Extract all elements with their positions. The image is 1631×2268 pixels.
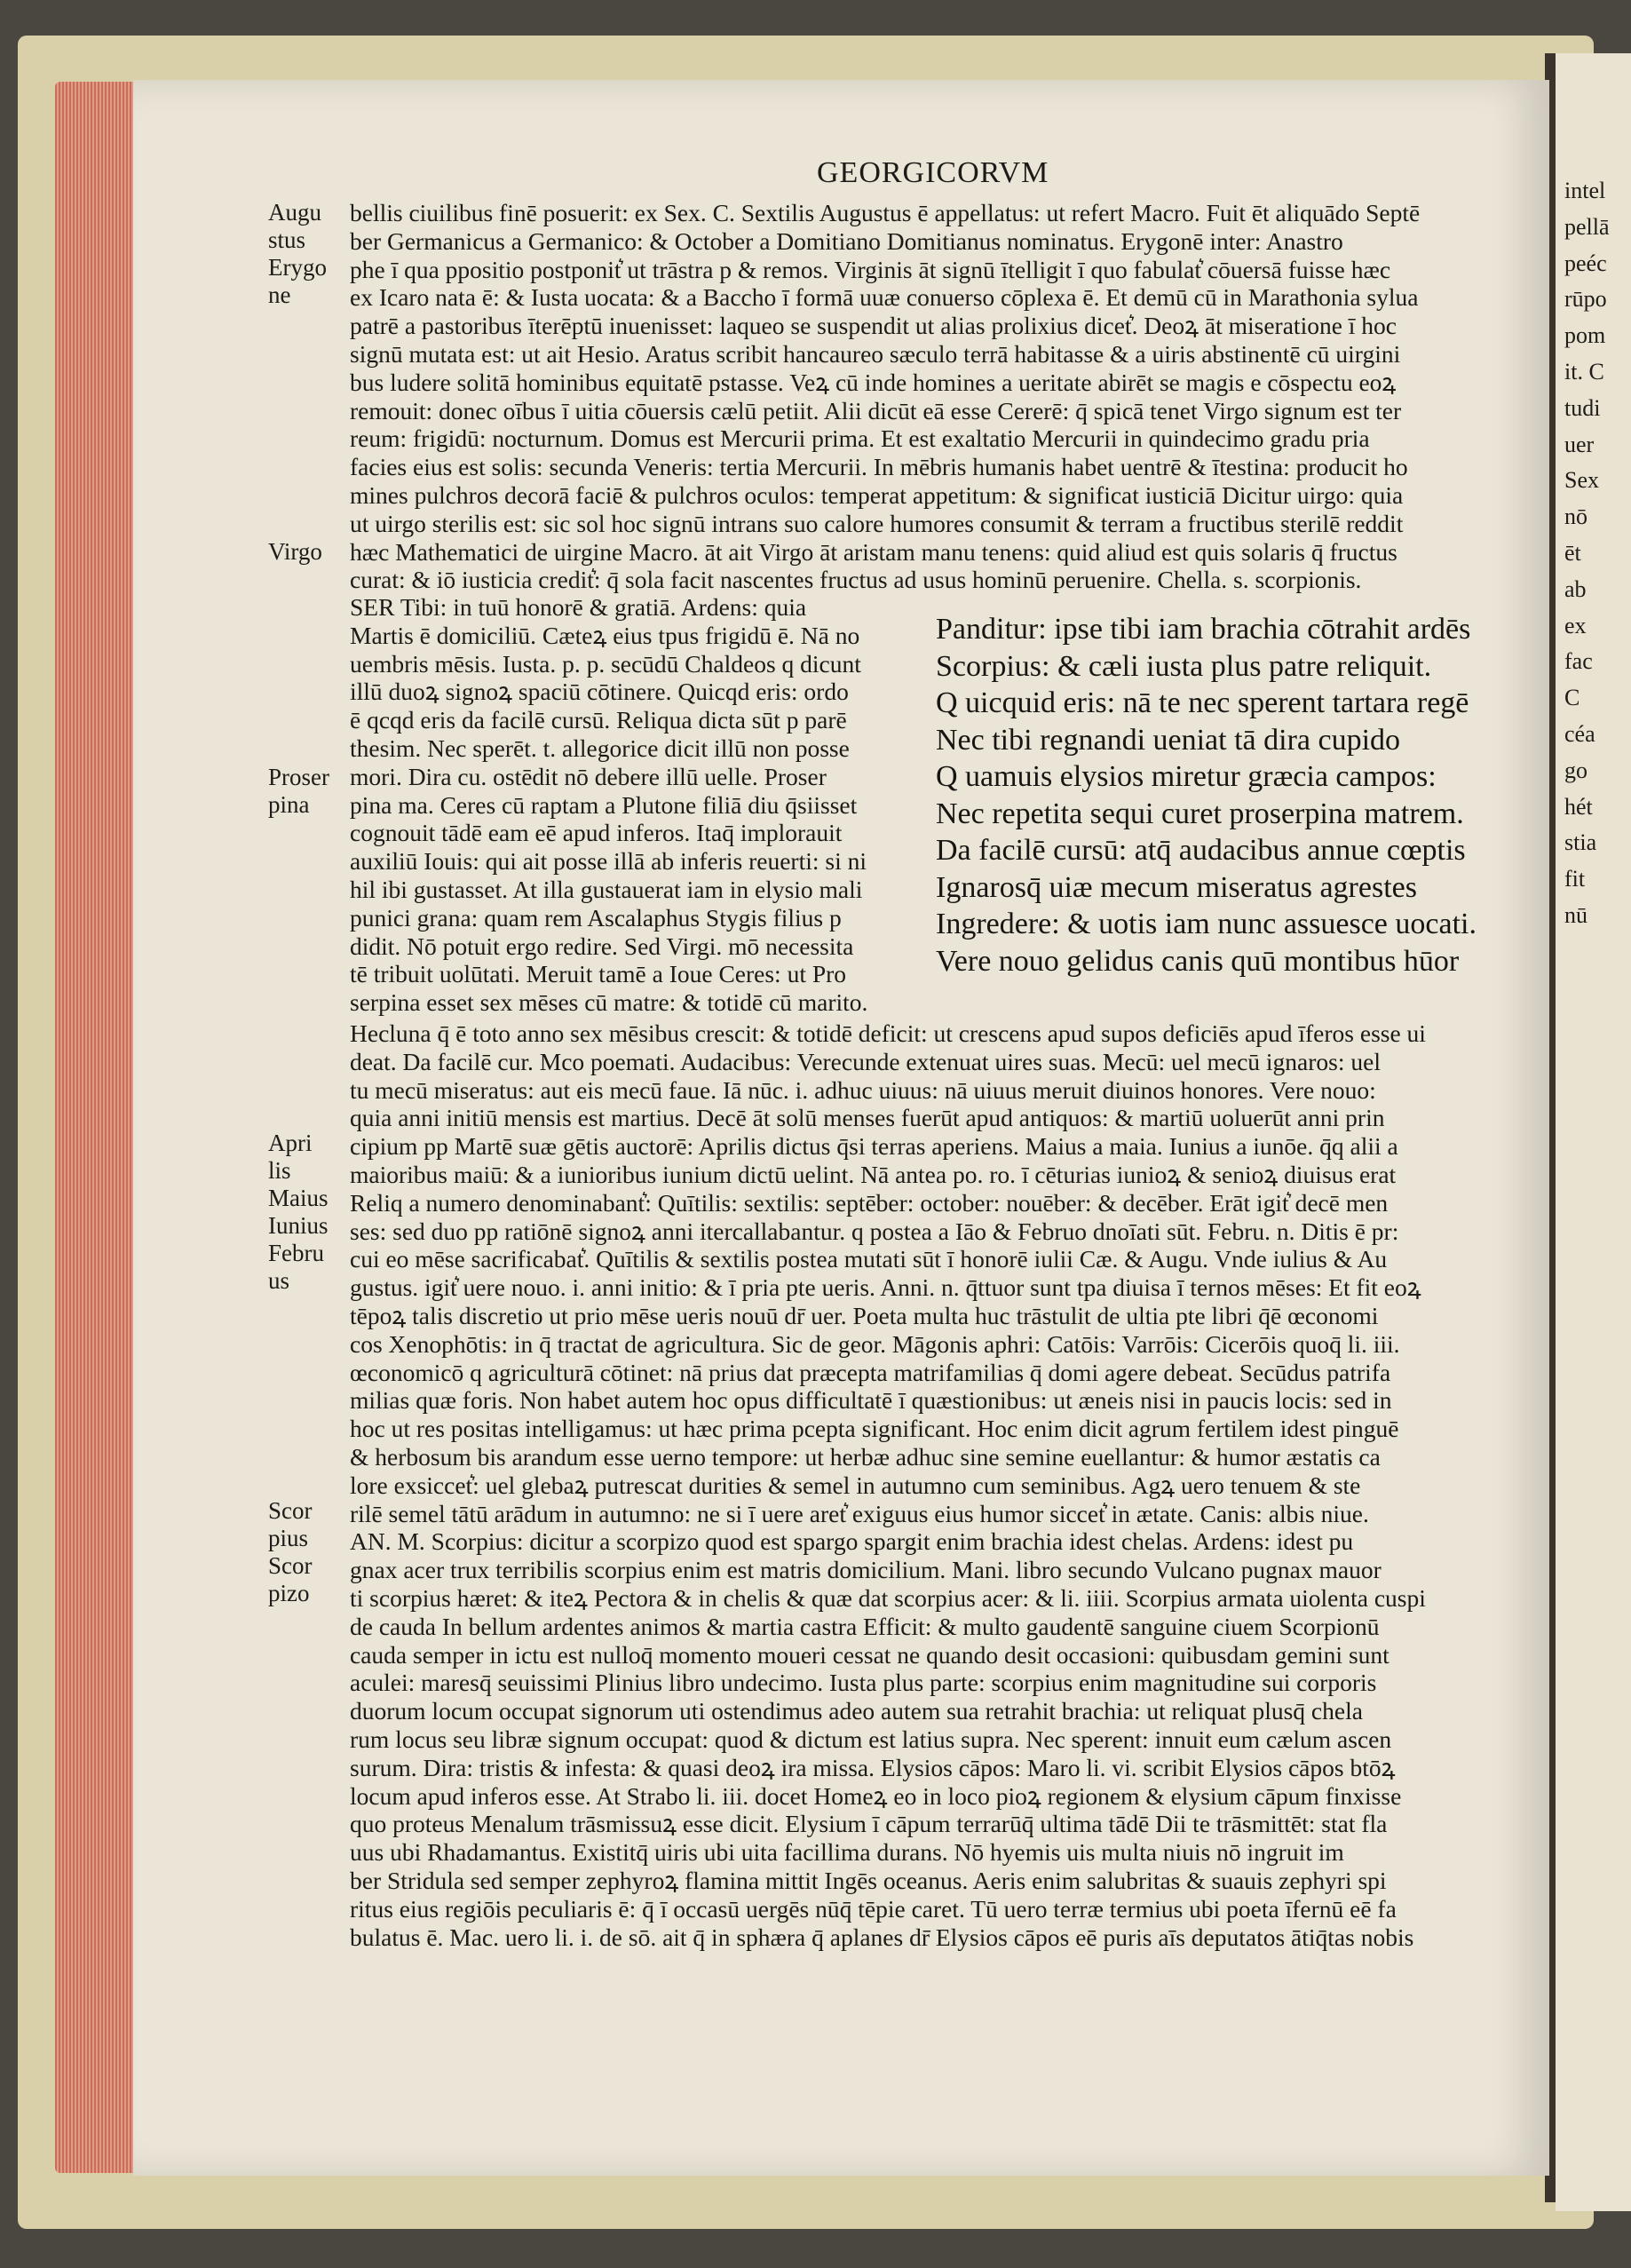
text-line: duorum locum occupat signorum uti ostend…	[350, 1697, 1504, 1725]
margin-note: Virgo	[268, 538, 322, 566]
verse-column: Panditur: ipse tibi iam brachia cōtrahit…	[936, 611, 1513, 979]
text-line: bus ludere solitā hominibus equitatē pst…	[350, 369, 1504, 397]
facing-page-text: fac	[1556, 644, 1631, 680]
text-line: phe ī qua ppositio postponit͛ ut trāstra…	[350, 256, 1504, 284]
verse-line: Da facilē cursū: atq̄ audacibus annue cœ…	[936, 832, 1513, 869]
text-line: punici grana: quam rem Ascalaphus Stygis…	[350, 904, 918, 932]
text-line: rilē semel tātū arādum in autumno: ne si…	[350, 1500, 1504, 1528]
text-line: didit. Nō potuit ergo redire. Sed Virgi.…	[350, 932, 918, 961]
text-line: ti scorpius hæret: & iteꝝ Pectora & in c…	[350, 1584, 1504, 1613]
text-line: ex Icaro nata ē: & Iusta uocata: & a Bac…	[350, 283, 1504, 312]
text-line: curat: & iō iusticia credit͛: q̄ sola fa…	[350, 566, 1504, 594]
verse-line: Q uamuis elysios miretur græcia campos:	[936, 758, 1513, 796]
margin-note: Scor pius Scor pizo	[268, 1497, 313, 1607]
verse-line: Ignarosq̄ uiæ mecum miseratus agrestes	[936, 869, 1513, 907]
text-line: tēpoꝝ talis discretio ut prio mēse ueris…	[350, 1302, 1504, 1330]
commentary-bottom: Hecluna q̄ ē toto anno sex mēsibus cresc…	[350, 1019, 1504, 1951]
facing-page-text: it. C	[1556, 354, 1631, 391]
facing-page-text: stia	[1556, 825, 1631, 861]
text-line: de cauda In bellum ardentes animos & mar…	[350, 1613, 1504, 1641]
facing-page-text: peéc	[1556, 246, 1631, 282]
text-line: cui eo mēse sacrificabat͛. Quītilis & se…	[350, 1245, 1504, 1273]
text-line: thesim. Nec sperēt. t. allegorice dicit …	[350, 734, 918, 763]
text-line: remouit: donec oībus ī uitia cōuersis cæ…	[350, 397, 1504, 425]
text-line: cognouit tādē eam eē apud inferos. Itaq̄…	[350, 819, 918, 847]
text-line: hoc ut res positas intelligamus: ut hæc …	[350, 1415, 1504, 1443]
text-line: tu mecū miseratus: aut eis mecū faue. Iā…	[350, 1076, 1504, 1105]
red-page-edges	[55, 82, 142, 2173]
margin-note: Proser pina	[268, 764, 329, 819]
text-line: cos Xenophōtis: in q̄ tractat de agricul…	[350, 1330, 1504, 1359]
facing-page-text: go	[1556, 753, 1631, 789]
text-line: pina ma. Ceres cū raptam a Plutone filiā…	[350, 791, 918, 820]
text-line: serpina esset sex mēses cū matre: & toti…	[350, 988, 918, 1017]
text-line: Martis ē domiciliū. Cæteꝝ eius tpus frig…	[350, 622, 918, 650]
text-line: hæc Mathematici de uirgine Macro. āt ait…	[350, 538, 1504, 567]
text-line: & herbosum bis arandum esse uerno tempor…	[350, 1443, 1504, 1471]
text-line: gnax acer trux terribilis scorpius enim …	[350, 1556, 1504, 1584]
facing-page-text: ab	[1556, 572, 1631, 608]
text-line: aculei: maresq̄ seuissimi Plinius libro …	[350, 1669, 1504, 1697]
text-line: ber Germanicus a Germanico: & October a …	[350, 227, 1504, 256]
text-line: ē qcqd eris da facilē cursū. Reliqua dic…	[350, 706, 918, 734]
text-line: bellis ciuilibus finē posuerit: ex Sex. …	[350, 199, 1504, 227]
facing-page-text: pom	[1556, 318, 1631, 354]
facing-page-text: nū	[1556, 898, 1631, 934]
facing-page-text: pellā	[1556, 210, 1631, 246]
facing-page-text: C	[1556, 680, 1631, 717]
text-line: cauda semper in ictu est nulloq̄ momento…	[350, 1641, 1504, 1669]
text-line: lore exsiccet͛: uel glebaꝝ putrescat dur…	[350, 1471, 1504, 1500]
text-line: AN. M. Scorpius: dicitur a scorpizo quod…	[350, 1527, 1504, 1556]
text-line: mori. Dira cu. ostēdit nō debere illū ue…	[350, 763, 918, 791]
text-line: uus ubi Rhadamantus. Existitq̄ uiris ubi…	[350, 1838, 1504, 1867]
text-line: locum apud inferos esse. At Strabo li. i…	[350, 1782, 1504, 1811]
text-line: milias quæ foris. Non habet autem hoc op…	[350, 1386, 1504, 1415]
text-line: quo proteus Menalum trāsmissuꝝ esse dici…	[350, 1810, 1504, 1838]
text-line: deat. Da facilē cur. Mco poemati. Audaci…	[350, 1048, 1504, 1076]
facing-page-text: tudi	[1556, 391, 1631, 427]
margin-note: Apri lis Maius Iunius Febru us	[268, 1130, 329, 1295]
text-line: hil ibi gustasset. At illa gustauerat ia…	[350, 876, 918, 904]
text-line: tē tribuit uolūtati. Meruit tamē a Ioue …	[350, 960, 918, 988]
text-line: quia anni initiū mensis est martius. Dec…	[350, 1104, 1504, 1132]
text-line: auxiliū Iouis: qui ait posse illā ab inf…	[350, 847, 918, 876]
facing-page-text: hét	[1556, 789, 1631, 826]
text-line: patrē a pastoribus īterēptū inuenisset: …	[350, 312, 1504, 340]
verse-line: Nec tibi regnandi ueniat tā dira cupido	[936, 722, 1513, 759]
text-line: gustus. igit͛ uere nouo. i. anni initio:…	[350, 1273, 1504, 1302]
facing-page-text: nō	[1556, 499, 1631, 535]
text-line: SER Tibi: in tuū honorē & gratiā. Ardens…	[350, 593, 918, 622]
verse-line: Ingredere: & uotis iam nunc assuesce uoc…	[936, 906, 1513, 943]
facing-page-text: Sex	[1556, 463, 1631, 499]
text-line: bulatus ē. Mac. uero li. i. de sō. ait q…	[350, 1923, 1504, 1952]
text-line: maioribus maiū: & a iunioribus iunium di…	[350, 1161, 1504, 1189]
verse-line: Scorpius: & cæli iusta plus patre reliqu…	[936, 648, 1513, 686]
text-line: cipium pp Martē suæ gētis auctorē: April…	[350, 1132, 1504, 1161]
facing-page-text: rūpo	[1556, 282, 1631, 318]
verse-line: Q uicquid eris: nā te nec sperent tartar…	[936, 685, 1513, 722]
text-line: surum. Dira: tristis & infesta: & quasi …	[350, 1754, 1504, 1782]
text-line: signū mutata est: ut ait Hesio. Aratus s…	[350, 340, 1504, 369]
facing-page-text: intel	[1556, 173, 1631, 210]
running-header: GEORGICORVM	[817, 156, 1049, 190]
text-line: Reliq a numero denominabant͛: Quītilis: …	[350, 1189, 1504, 1217]
facing-page-text: uer	[1556, 427, 1631, 464]
text-line: ritus eius regiōis peculiaris ē: q̄ ī oc…	[350, 1895, 1504, 1923]
text-line: facies eius est solis: secunda Veneris: …	[350, 453, 1504, 481]
text-line: uembris mēsis. Iusta. p. p. secūdū Chald…	[350, 650, 918, 678]
facing-page-text: céa	[1556, 717, 1631, 753]
text-line: rum locus seu libræ signum occupat: quod…	[350, 1725, 1504, 1754]
margin-note: Augu stus Erygo ne	[268, 199, 327, 309]
text-line: reum: frigidū: nocturnum. Domus est Merc…	[350, 424, 1504, 453]
book-scan: intelpellāpeécrūpopomit. CtudiuerSexnōēt…	[0, 0, 1631, 2268]
commentary-left-column: SER Tibi: in tuū honorē & gratiā. Ardens…	[350, 593, 918, 1017]
verse-line: Panditur: ipse tibi iam brachia cōtrahit…	[936, 611, 1513, 648]
text-line: mines pulchros decorā faciē & pulchros o…	[350, 481, 1504, 510]
text-line: œconomicō q agriculturā cōtinet: nā priu…	[350, 1359, 1504, 1387]
facing-page-text: ex	[1556, 608, 1631, 645]
facing-page-fragment: intelpellāpeécrūpopomit. CtudiuerSexnōēt…	[1556, 53, 1631, 2211]
facing-page-text: ēt	[1556, 535, 1631, 572]
verse-line: Nec repetita sequi curet proserpina matr…	[936, 796, 1513, 833]
text-line: ut uirgo sterilis est: sic sol hoc signū…	[350, 510, 1504, 538]
facing-page-text: fit	[1556, 861, 1631, 898]
text-line: illū duoꝝ signoꝝ spaciū cōtinere. Quicqd…	[350, 678, 918, 706]
text-line: ber Stridula sed semper zephyroꝝ flamina…	[350, 1867, 1504, 1895]
commentary-top: bellis ciuilibus finē posuerit: ex Sex. …	[350, 199, 1504, 594]
text-line: ses: sed duo pp ratiōnē signoꝝ anni iter…	[350, 1217, 1504, 1246]
text-line: Hecluna q̄ ē toto anno sex mēsibus cresc…	[350, 1019, 1504, 1048]
verse-line: Vere nouo gelidus canis quū montibus hūo…	[936, 943, 1513, 980]
